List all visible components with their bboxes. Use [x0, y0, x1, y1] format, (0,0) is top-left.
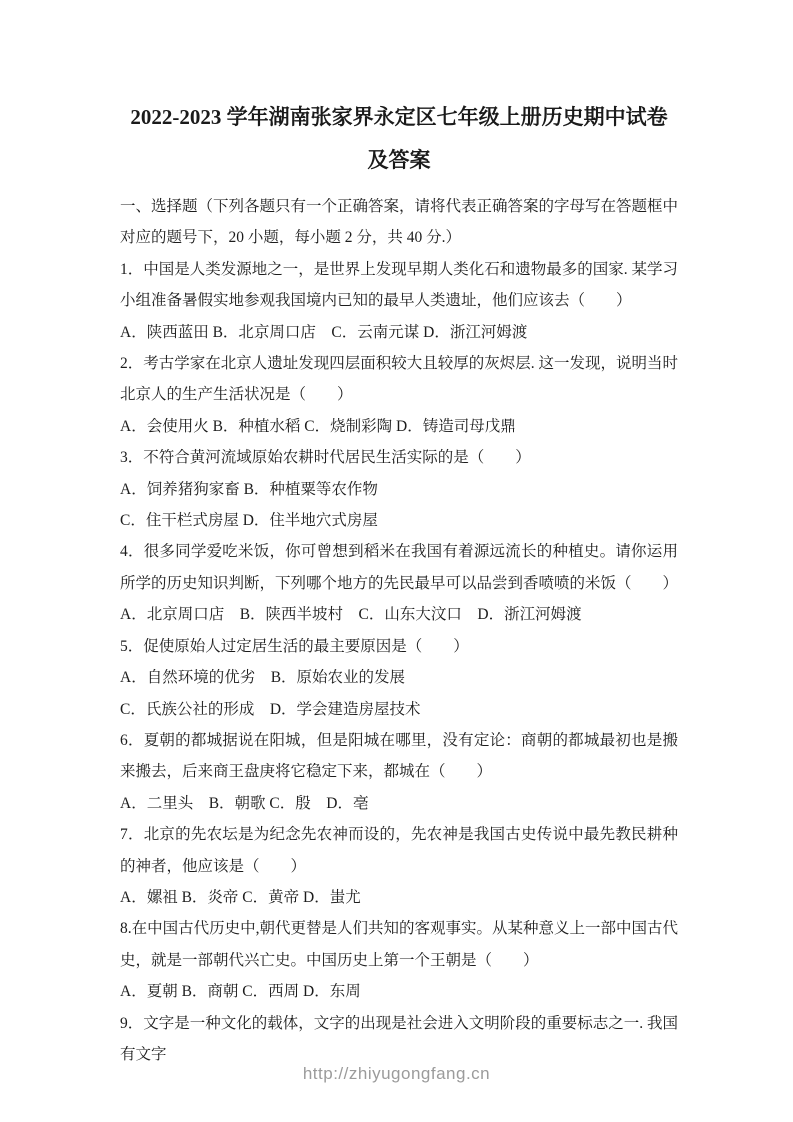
question-3-options-ab: A．饲养猪狗家畜 B．种植粟等农作物 — [120, 474, 678, 505]
question-5-stem: 5．促使原始人过定居生活的最主要原因是（ ） — [120, 631, 678, 662]
title-line-1: 2022-2023 学年湖南张家界永定区七年级上册历史期中试卷 — [120, 96, 678, 139]
question-7-options: A．嫘祖 B．炎帝 C．黄帝 D．蚩尤 — [120, 882, 678, 913]
question-4-options: A．北京周口店 B．陕西半坡村 C．山东大汶口 D．浙江河姆渡 — [120, 599, 678, 630]
question-1-stem: 1．中国是人类发源地之一，是世界上发现早期人类化石和遗物最多的国家. 某学习小组… — [120, 254, 678, 317]
question-3-stem: 3．不符合黄河流域原始农耕时代居民生活实际的是（ ） — [120, 442, 678, 473]
question-3-options-cd: C．住干栏式房屋 D．住半地穴式房屋 — [120, 505, 678, 536]
question-2-options: A．会使用火 B．种植水稻 C．烧制彩陶 D．铸造司母戊鼎 — [120, 411, 678, 442]
question-6-stem: 6．夏朝的都城据说在阳城，但是阳城在哪里，没有定论：商朝的都城最初也是搬来搬去，… — [120, 725, 678, 788]
section-heading: 一、选择题（下列各题只有一个正确答案，请将代表正确答案的字母写在答题框中对应的题… — [120, 191, 678, 254]
question-5-options-ab: A．自然环境的优劣 B．原始农业的发展 — [120, 662, 678, 693]
watermark-url: http://zhiyugongfang.cn — [0, 1064, 793, 1084]
question-7-stem: 7．北京的先农坛是为纪念先农神而设的，先农神是我国古史传说中最先教民耕种的神者，… — [120, 819, 678, 882]
exam-document-page: { "title": { "line1": "2022-2023 学年湖南张家界… — [0, 0, 793, 1122]
question-1-options: A．陕西蓝田 B．北京周口店 C．云南元谋 D．浙江河姆渡 — [120, 317, 678, 348]
document: 2022-2023 学年湖南张家界永定区七年级上册历史期中试卷 及答案 一、选择… — [120, 96, 678, 1070]
document-title: 2022-2023 学年湖南张家界永定区七年级上册历史期中试卷 及答案 — [120, 96, 678, 182]
question-4-stem: 4．很多同学爱吃米饭，你可曾想到稻米在我国有着源远流长的种植史。请你运用所学的历… — [120, 536, 678, 599]
question-6-options: A．二里头 B．朝歌 C．殷 D．亳 — [120, 788, 678, 819]
title-line-2: 及答案 — [120, 139, 678, 182]
question-2-stem: 2．考古学家在北京人遗址发现四层面积较大且较厚的灰烬层. 这一发现，说明当时北京… — [120, 348, 678, 411]
question-8-stem: 8.在中国古代历史中,朝代更替是人们共知的客观事实。从某种意义上一部中国古代史，… — [120, 913, 678, 976]
question-5-options-cd: C．氏族公社的形成 D．学会建造房屋技术 — [120, 694, 678, 725]
question-8-options: A．夏朝 B．商朝 C．西周 D．东周 — [120, 976, 678, 1007]
document-body: 一、选择题（下列各题只有一个正确答案，请将代表正确答案的字母写在答题框中对应的题… — [120, 191, 678, 1070]
question-9-stem: 9．文字是一种文化的载体，文字的出现是社会进入文明阶段的重要标志之一. 我国有文… — [120, 1008, 678, 1071]
